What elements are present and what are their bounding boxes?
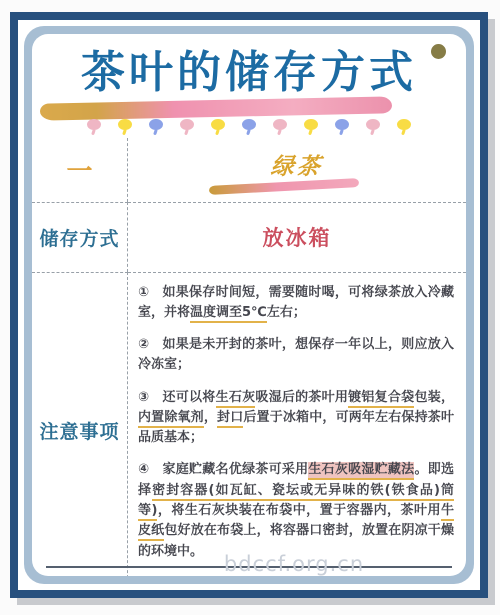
green-tea-heading: 绿茶	[269, 148, 324, 181]
balloon-icon	[304, 119, 318, 130]
balloon-icon	[211, 119, 225, 130]
balloon-icon	[118, 119, 132, 130]
card-footer: bdccf.org.cn	[32, 546, 466, 576]
text-segment: 吸湿后的茶叶用	[255, 390, 348, 405]
storage-method-value: 放冰箱	[263, 222, 332, 252]
balloon-icon	[87, 119, 101, 130]
text-segment: ④ 家庭贮藏名优绿茶可采用	[138, 462, 308, 477]
text-segment: ，将生石灰块装在布袋中，置于容器内，茶叶用	[157, 503, 441, 518]
note-item-2: ② 如果是未开封的茶叶，想保存一年以上，则应放入冷冻室；	[138, 335, 454, 376]
balloon-icon	[180, 119, 194, 130]
balloon-icon	[242, 119, 256, 130]
balloon-icon	[335, 119, 349, 130]
text-segment: ② 如果是未开封的茶叶，想保存一年以上，则应放入冷冻室；	[138, 337, 454, 372]
text-segment: ③ 还可以将	[138, 390, 216, 405]
text-segment: 封口	[217, 410, 243, 428]
balloon-icon	[273, 119, 287, 130]
poster-page: 茶叶的储存方式 一 绿茶 储存方式	[0, 0, 500, 615]
notes-list: ① 如果保存时间短，需要随时喝，可将绿茶放入冷藏室，并将温度调至5℃左右； ② …	[128, 272, 466, 576]
text-segment: 生石灰	[216, 390, 256, 408]
storage-table: 一 绿茶 储存方式 放冰箱 注意事项	[32, 138, 466, 576]
text-segment: 包装，	[414, 390, 454, 405]
outer-navy-frame: 茶叶的储存方式 一 绿茶 储存方式	[10, 12, 488, 598]
text-segment: 内置除氧剂	[138, 410, 204, 428]
balloon-icon	[397, 119, 411, 130]
balloon-row	[32, 119, 466, 130]
section-heading-cell: 绿茶	[128, 138, 466, 202]
content-card: 茶叶的储存方式 一 绿茶 储存方式	[32, 34, 466, 576]
title-brush-stroke-decoration	[40, 96, 392, 120]
text-segment: 左右；	[267, 305, 306, 320]
text-segment: ，	[204, 410, 217, 425]
storage-label-cell: 储存方式	[32, 202, 128, 272]
note-item-3: ③ 还可以将生石灰吸湿后的茶叶用镀铝复合袋包装，内置除氧剂，封口后置于冰箱中，可…	[138, 388, 454, 449]
section-number-cell: 一	[32, 138, 128, 202]
precautions-label: 注意事项	[39, 417, 119, 444]
page-title: 茶叶的储存方式	[32, 48, 466, 99]
text-segment: 镀铝复合袋	[348, 390, 414, 408]
text-segment: 温度调至5℃	[190, 305, 267, 323]
text-segment: 生石灰吸湿贮藏法	[308, 462, 414, 480]
storage-value-cell: 放冰箱	[128, 202, 466, 272]
note-item-1: ① 如果保存时间短，需要随时喝，可将绿茶放入冷藏室，并将温度调至5℃左右；	[138, 283, 454, 324]
frame-inner-margin: 茶叶的储存方式 一 绿茶 储存方式	[18, 20, 480, 590]
pin-dot-icon	[431, 44, 446, 59]
blue-backing-card: 茶叶的储存方式 一 绿茶 储存方式	[24, 26, 474, 584]
watermark-text: bdccf.org.cn	[122, 552, 466, 576]
balloon-icon	[366, 119, 380, 130]
section-number: 一	[66, 151, 92, 188]
notes-label-cell: 注意事项	[32, 272, 128, 576]
balloon-icon	[149, 119, 163, 130]
storage-method-label: 储存方式	[39, 224, 119, 251]
